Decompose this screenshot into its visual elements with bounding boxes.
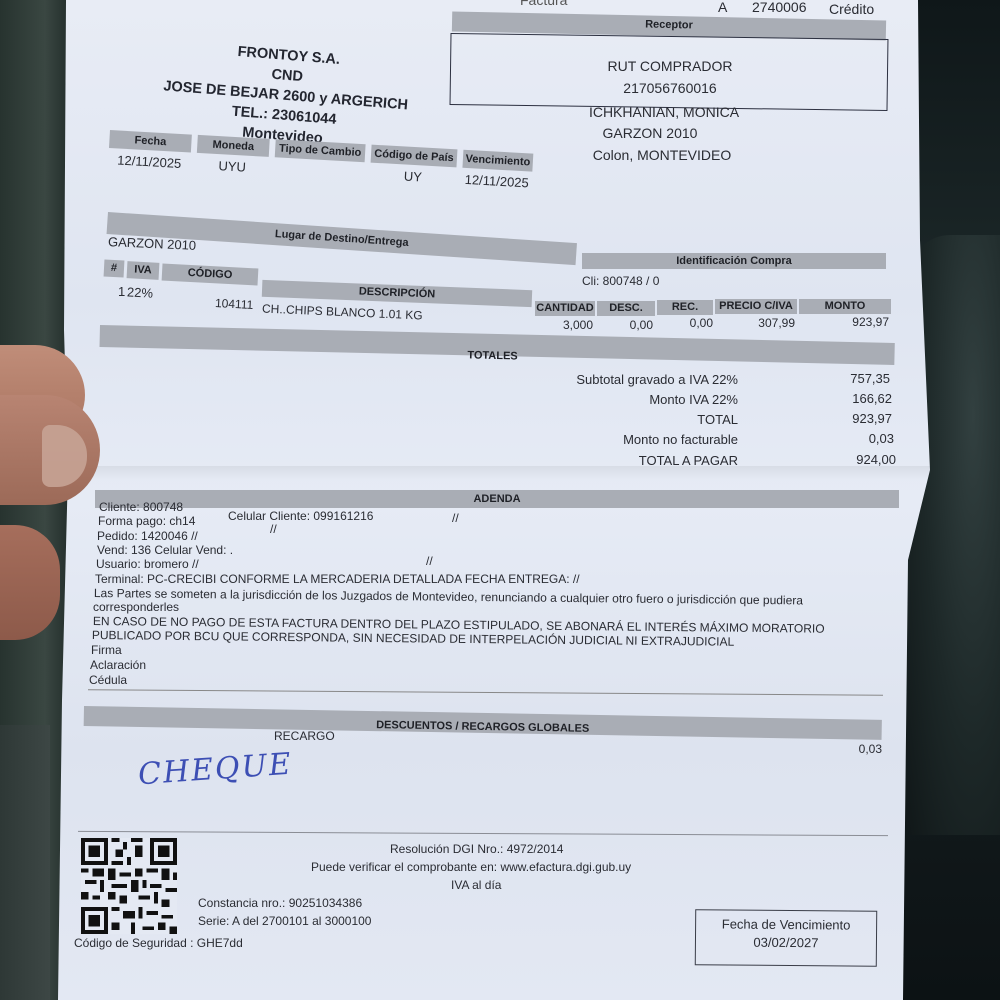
addenda-jurisdiccion-2: corresponderles — [93, 600, 179, 614]
addenda-vendedor: Vend: 136 Celular Vend: . — [97, 543, 233, 557]
sleeve — [0, 725, 50, 1000]
footer-verify[interactable]: Puede verificar el comprobante en: www.e… — [311, 860, 631, 874]
addenda-header: ADENDA — [95, 490, 899, 508]
purchase-id-value: Cli: 800748 / 0 — [582, 274, 659, 288]
item-disc: 0,00 — [597, 318, 653, 332]
doc-payment-type: Crédito — [829, 1, 874, 17]
addenda-aclaracion: Aclaración — [90, 658, 146, 672]
footer-iva-status: IVA al día — [451, 878, 501, 892]
items-header-monto: MONTO — [799, 299, 891, 314]
totals-value-no-facturable: 0,03 — [790, 431, 894, 446]
addenda-terminal: Terminal: PC-CRECIBI CONFORME LA MERCADE… — [95, 572, 580, 586]
item-num: 1 — [118, 284, 125, 299]
addenda-pedido: Pedido: 1420046 // — [97, 529, 198, 543]
totals-label-total-pagar: TOTAL A PAGAR — [480, 453, 738, 468]
totals-value-subtotal: 757,35 — [790, 371, 890, 386]
addenda-usuario: Usuario: bromero // — [96, 557, 199, 571]
item-price: 307,99 — [715, 316, 795, 330]
qr-code-icon — [78, 838, 180, 934]
items-header-desc: DESC. — [597, 301, 655, 316]
addenda-sep-2: // — [270, 522, 277, 536]
totals-label-total: TOTAL — [480, 412, 738, 427]
footer-constancia: Constancia nro.: 90251034386 — [198, 896, 362, 910]
totals-header-label: TOTALES — [467, 349, 518, 362]
totals-label-subtotal: Subtotal gravado a IVA 22% — [480, 372, 738, 387]
items-header-cantidad: CANTIDAD — [535, 301, 595, 316]
addenda-sep-3: // — [426, 554, 433, 568]
addenda-sep-1: // — [452, 511, 459, 525]
totals-value-iva: 166,62 — [790, 391, 892, 406]
item-rec: 0,00 — [657, 316, 713, 330]
receptor-city: Colon, MONTEVIDEO — [512, 147, 812, 163]
footer-security-code: Código de Seguridad : GHE7dd — [74, 936, 243, 950]
items-header-iva: IVA — [127, 261, 160, 280]
footer-serie: Serie: A del 2700101 al 3000100 — [198, 914, 371, 928]
footer-resolution: Resolución DGI Nro.: 4972/2014 — [390, 842, 563, 856]
doc-serie: A — [718, 0, 727, 15]
finger — [0, 525, 60, 640]
hand-holding-paper — [0, 325, 100, 655]
due-date-value: 03/02/2027 — [696, 934, 876, 951]
addenda-cliente: Cliente: 800748 — [99, 500, 183, 514]
doc-type: Factura — [520, 0, 567, 8]
addenda-forma-pago: Forma pago: ch14 — [98, 514, 195, 528]
totals-value-total: 923,97 — [790, 411, 892, 426]
items-header-num: # — [104, 259, 125, 277]
receptor-rut: 217056760016 — [520, 80, 820, 96]
items-header-rec: REC. — [657, 300, 713, 315]
doc-number: 2740006 — [752, 0, 807, 15]
item-qty: 3,000 — [535, 318, 593, 332]
receptor-rut-label: RUT COMPRADOR — [520, 58, 820, 74]
global-adjustments-value: 0,03 — [800, 742, 882, 756]
global-adjustments-label: RECARGO — [274, 729, 335, 743]
due-date-box: Fecha de Vencimiento 03/02/2027 — [695, 909, 877, 967]
paper-fold — [60, 466, 930, 480]
totals-label-iva: Monto IVA 22% — [480, 392, 738, 407]
receptor-name: ICHKHANIAN, MONICA — [514, 104, 814, 120]
item-code: 104111 — [215, 296, 254, 312]
addenda-celular: Celular Cliente: 099161216 — [228, 509, 373, 523]
totals-label-no-facturable: Monto no facturable — [480, 432, 738, 447]
receptor-address: GARZON 2010 — [500, 125, 800, 141]
item-amount: 923,97 — [799, 315, 889, 329]
item-iva: 22% — [127, 284, 154, 300]
items-header-precio: PRECIO C/IVA — [715, 299, 797, 314]
info-header-vencimiento: Vencimiento — [462, 150, 533, 172]
due-date-label: Fecha de Vencimiento — [696, 916, 876, 933]
totals-value-total-pagar: 924,00 — [790, 452, 896, 467]
purchase-id-header: Identificación Compra — [582, 253, 886, 269]
addenda-cedula: Cédula — [89, 673, 127, 687]
